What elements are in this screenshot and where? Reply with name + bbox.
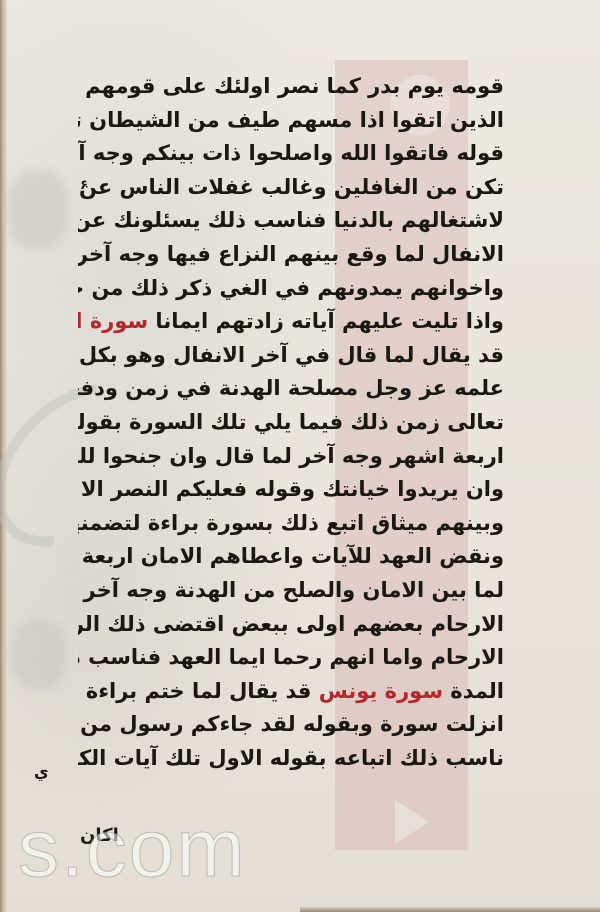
text-line: تكن من الغافلين وغالب غفلات الناس عن ذكر…: [78, 171, 504, 205]
text-segment: واخوانهم يمدونهم في الغي ذكر ذلك من حال …: [78, 276, 504, 300]
text-segment: وبينهم ميثاق اتبع ذلك بسورة براءة لتضمنه…: [78, 511, 504, 535]
watermark-chevron-icon: [395, 800, 429, 844]
text-segment: قد يقال لما ختم براءة بقوله تعالى واذا: [78, 679, 319, 703]
text-line: وان يريدوا خيانتك وقوله فعليكم النصر الا…: [78, 473, 504, 507]
text-segment: المدة: [443, 679, 504, 703]
text-line: تعالى زمن ذلك فيما يلي تلك السورة بقوله …: [78, 406, 504, 440]
text-segment: ناسب ذلك اتباعه بقوله الاول تلك آيات الك…: [78, 746, 504, 770]
text-segment: اربعة اشهر وجه آخر لما قال وان جنحوا للس…: [78, 444, 504, 468]
text-line: قوله فاتقوا الله واصلحوا ذات بينكم وجه آ…: [78, 137, 504, 171]
text-line: لما بين الامان والصلح من الهدنة وجه آخر …: [78, 574, 504, 608]
text-segment: الذين اتقوا اذا مسهم طيف من الشيطان تذكر…: [78, 108, 504, 132]
text-segment: قد يقال لما قال في آخر الانفال وهو بكل ش…: [78, 343, 504, 367]
stain: [8, 170, 68, 250]
rubric-heading: سورة التوبة: [78, 309, 148, 333]
text-line: ناسب ذلك اتباعه بقوله الاول تلك آيات الك…: [78, 742, 504, 776]
text-line: واذا تليت عليهم آياته زادتهم ايمانا سورة…: [78, 305, 504, 339]
text-segment: قومه يوم بدر كما نصر اولئك على قومهم وجه…: [78, 74, 504, 98]
text-segment: ونقض العهد للآيات واعطاهم الامان اربعة ا…: [78, 544, 504, 568]
text-line: لاشتغالهم بالدنيا فناسب ذلك يسئلونك عن: [78, 204, 504, 238]
text-line: ونقض العهد للآيات واعطاهم الامان اربعة ا…: [78, 540, 504, 574]
text-segment: واذا تليت عليهم آياته زادتهم ايمانا: [148, 309, 504, 333]
margin-note: ي: [34, 762, 49, 781]
text-line: وبينهم ميثاق اتبع ذلك بسورة براءة لتضمنه…: [78, 507, 504, 541]
text-line: الارحام بعضهم اولى ببعض اقتضى ذلك الرقة …: [78, 608, 504, 642]
stain: [12, 620, 67, 690]
text-line: المدة سورة يونس قد يقال لما ختم براءة بق…: [78, 675, 504, 709]
text-segment: الانفال لما وقع بينهم النزاع فيها وجه آخ…: [78, 242, 504, 266]
text-line: علمه عز وجل مصلحة الهدنة في زمن ودفعها ف…: [78, 372, 504, 406]
watermark-text: s.com: [18, 808, 247, 890]
manuscript-text: قومه يوم بدر كما نصر اولئك على قومهم وجه…: [78, 70, 504, 775]
page-bottom-edge: [300, 907, 600, 912]
text-line: قومه يوم بدر كما نصر اولئك على قومهم وجه…: [78, 70, 504, 104]
text-line: اربعة اشهر وجه آخر لما قال وان جنحوا للس…: [78, 440, 504, 474]
text-line: الارحام واما انهم رحما ايما العهد فناسب …: [78, 641, 504, 675]
text-line: الانفال لما وقع بينهم النزاع فيها وجه آخ…: [78, 238, 504, 272]
rubric-heading: سورة يونس: [319, 679, 443, 703]
text-line: الذين اتقوا اذا مسهم طيف من الشيطان تذكر…: [78, 104, 504, 138]
text-line: واخوانهم يمدونهم في الغي ذكر ذلك من حال …: [78, 272, 504, 306]
text-segment: وان يريدوا خيانتك وقوله فعليكم النصر الا…: [78, 477, 504, 501]
text-segment: الارحام واما انهم رحما ايما العهد فناسب …: [78, 645, 504, 669]
manuscript-page: ۶ قومه يوم بدر كما نصر اولئك على قومهم و…: [0, 0, 600, 912]
text-segment: تكن من الغافلين وغالب غفلات الناس عن ذكر…: [78, 175, 504, 199]
text-segment: لما بين الامان والصلح من الهدنة وجه آخر …: [78, 578, 504, 602]
text-segment: قوله فاتقوا الله واصلحوا ذات بينكم وجه آ…: [78, 141, 504, 165]
text-line: قد يقال لما قال في آخر الانفال وهو بكل ش…: [78, 339, 504, 373]
text-segment: تعالى زمن ذلك فيما يلي تلك السورة بقوله …: [78, 410, 504, 434]
text-segment: لاشتغالهم بالدنيا فناسب ذلك يسئلونك عن: [78, 208, 504, 232]
text-segment: علمه عز وجل مصلحة الهدنة في زمن ودفعها ف…: [78, 376, 504, 400]
text-segment: انزلت سورة وبقوله لقد جاءكم رسول من انفس…: [78, 712, 504, 736]
text-line: انزلت سورة وبقوله لقد جاءكم رسول من انفس…: [78, 708, 504, 742]
text-segment: الارحام بعضهم اولى ببعض اقتضى ذلك الرقة …: [78, 612, 504, 636]
